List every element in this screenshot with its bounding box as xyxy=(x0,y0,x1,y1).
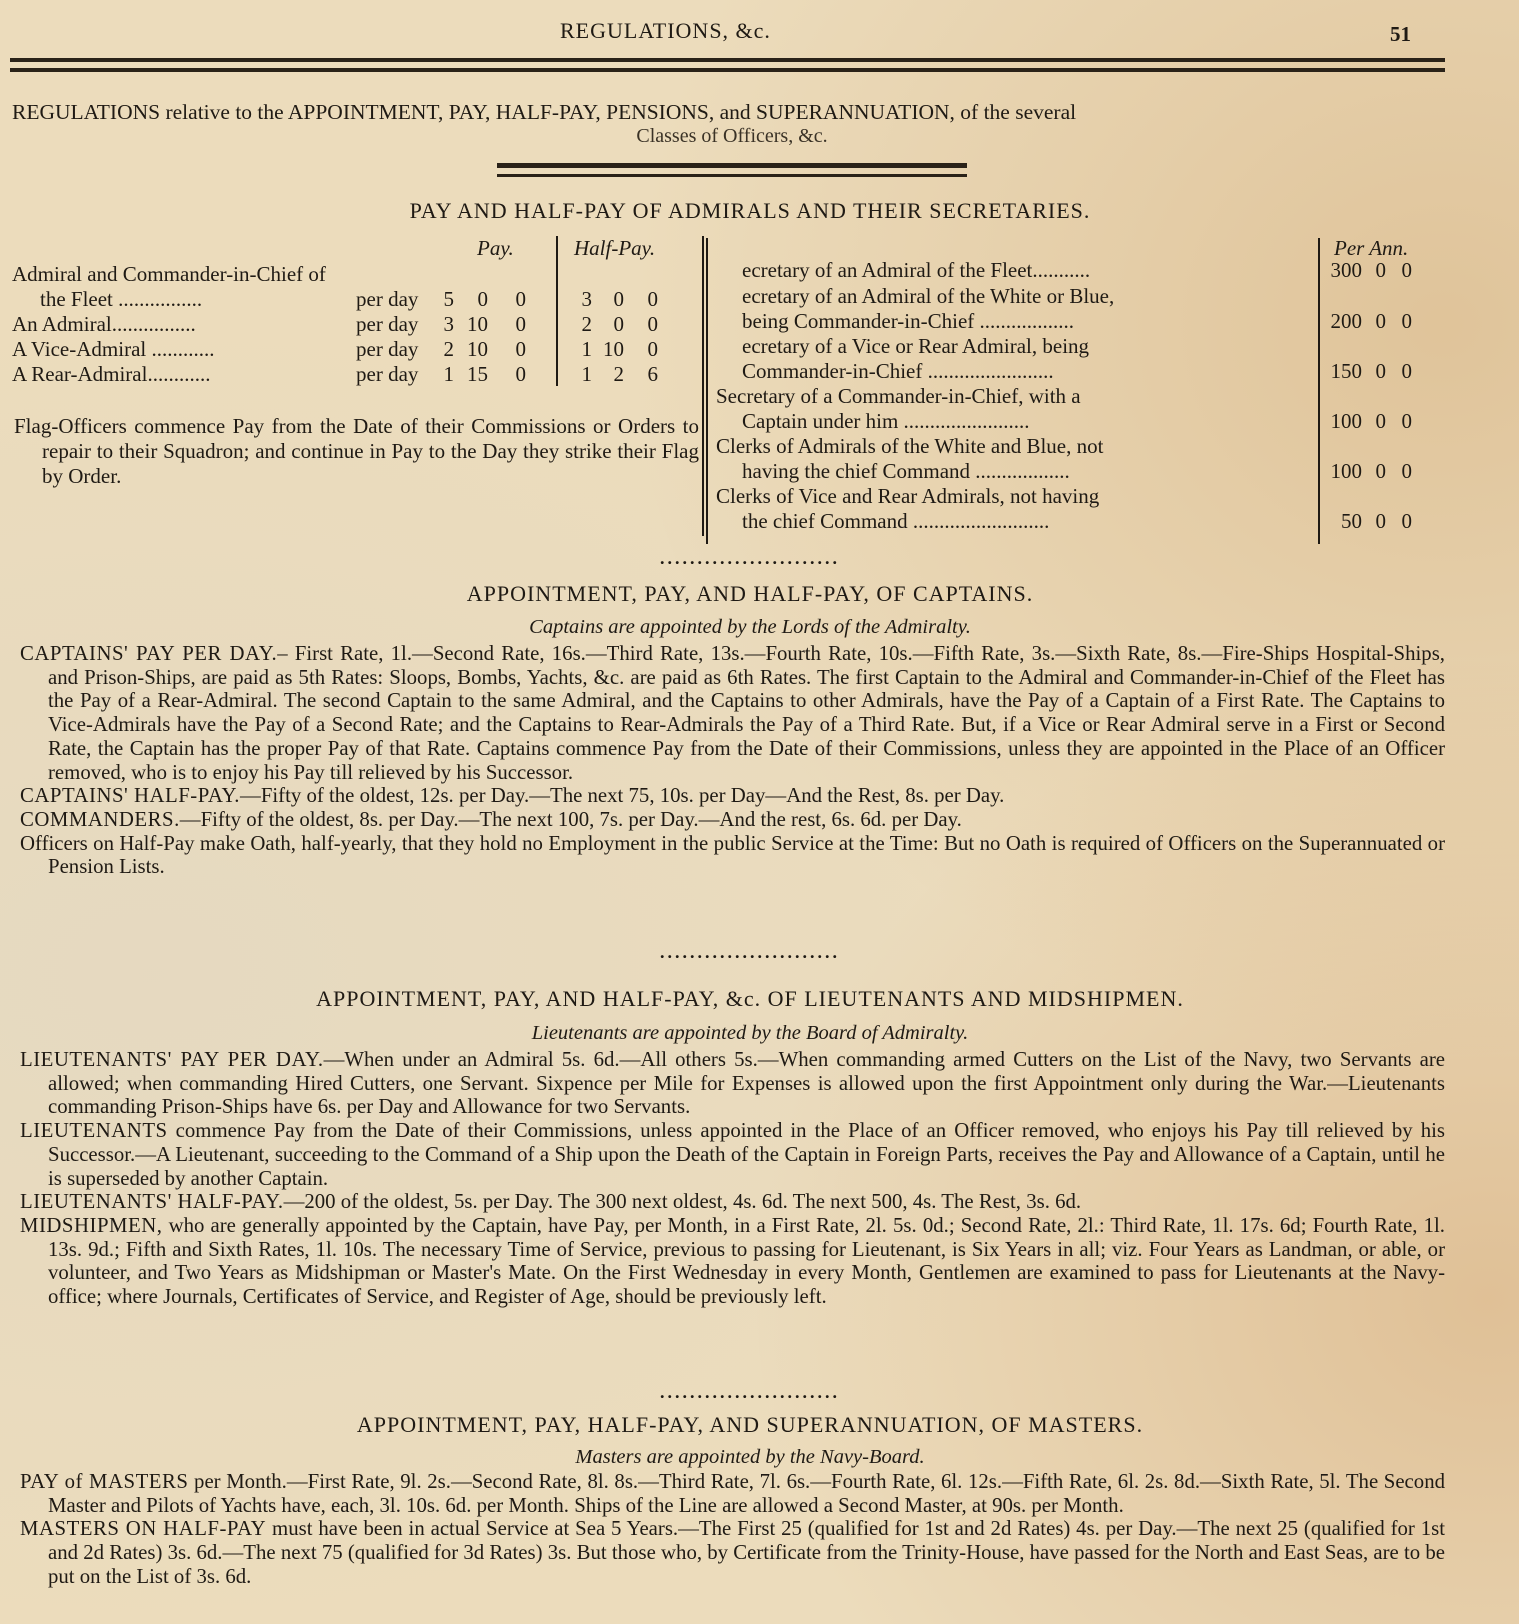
amount-shillings: 0 xyxy=(1370,258,1386,283)
header-rule xyxy=(10,68,1445,72)
title-line-2: Classes of Officers, &c. xyxy=(12,124,1452,148)
pay-shillings: 10 xyxy=(462,337,488,363)
rank-label: the Fleet ................ xyxy=(40,287,202,313)
amount-pence: 0 xyxy=(1396,309,1412,334)
row-label: ecretary of an Admiral of the White or B… xyxy=(742,284,1114,309)
half-pay-shillings: 2 xyxy=(598,362,624,388)
half-pay-pounds: 3 xyxy=(572,287,592,313)
unit-label: per day xyxy=(356,362,418,388)
unit-label: per day xyxy=(356,337,418,363)
paragraph-text: —Fifty of the oldest, 12s. per Day.—The … xyxy=(240,784,1004,807)
row-label: having the chief Command ...............… xyxy=(742,459,1070,484)
row-label: the chief Command ......................… xyxy=(742,509,1049,534)
section-heading-captains: APPOINTMENT, PAY, AND HALF-PAY, OF CAPTA… xyxy=(10,581,1490,607)
section-separator: ........................ xyxy=(10,1382,1490,1403)
paragraph: MASTERS ON HALF-PAY must have been in ac… xyxy=(20,1517,1445,1588)
amount-shillings: 0 xyxy=(1370,359,1386,384)
paragraph-lead: CAPTAINS' PAY PER DAY. xyxy=(20,642,277,665)
paragraph: CAPTAINS' PAY PER DAY.– First Rate, 1l.—… xyxy=(20,642,1445,784)
column-rule xyxy=(1318,238,1320,544)
paragraph-text: Officers on Half-Pay make Oath, half-yea… xyxy=(20,832,1445,879)
paragraph-lead: LIEUTENANTS' HALF-PAY. xyxy=(20,1190,284,1213)
paragraph-lead: CAPTAINS' HALF-PAY. xyxy=(20,784,240,807)
paragraph-text: commence Pay from the Date of their Comm… xyxy=(48,1119,1445,1189)
half-pay-shillings: 0 xyxy=(598,312,624,338)
title-line-1: REGULATIONS relative to the APPOINTMENT,… xyxy=(12,100,1076,124)
row-label: Clerks of Admirals of the White and Blue… xyxy=(716,434,1103,459)
row-label: ecretary of an Admiral of the Fleet.....… xyxy=(742,258,1090,283)
amount-shillings: 0 xyxy=(1370,409,1386,434)
section-heading-admirals: PAY AND HALF-PAY OF ADMIRALS AND THEIR S… xyxy=(10,198,1490,224)
row-label: Captain under him ......................… xyxy=(742,409,1030,434)
paragraph: COMMANDERS.—Fifty of the oldest, 8s. per… xyxy=(20,808,1445,832)
pay-shillings: 10 xyxy=(462,312,488,338)
section-separator: ........................ xyxy=(10,548,1490,569)
section-subheading-captains: Captains are appointed by the Lords of t… xyxy=(10,616,1490,639)
amount-shillings: 0 xyxy=(1370,459,1386,484)
paragraph-lead: MIDSHIPMEN, xyxy=(20,1214,162,1237)
column-rule xyxy=(706,238,708,544)
amount-pence: 0 xyxy=(1396,509,1412,534)
amount-pence: 0 xyxy=(1396,459,1412,484)
amount-pounds: 50 xyxy=(1322,509,1362,534)
paragraph: LIEUTENANTS commence Pay from the Date o… xyxy=(20,1119,1445,1190)
paragraph-lead: COMMANDERS. xyxy=(20,808,180,831)
paragraph: CAPTAINS' HALF-PAY.—Fifty of the oldest,… xyxy=(20,784,1445,808)
captains-text: CAPTAINS' PAY PER DAY.– First Rate, 1l.—… xyxy=(20,642,1445,879)
row-label: Secretary of a Commander-in-Chief, with … xyxy=(716,384,1081,409)
paragraph: Officers on Half-Pay make Oath, half-yea… xyxy=(20,832,1445,879)
running-title: REGULATIONS, &c. xyxy=(560,18,771,44)
lieutenants-text: LIEUTENANTS' PAY PER DAY.—When under an … xyxy=(20,1048,1445,1309)
amount-pounds: 100 xyxy=(1322,459,1362,484)
amount-shillings: 0 xyxy=(1370,309,1386,334)
rank-label: A Rear-Admiral............ xyxy=(12,362,210,388)
section-subheading-lieutenants: Lieutenants are appointed by the Board o… xyxy=(10,1022,1490,1045)
half-pay-pounds: 1 xyxy=(572,362,592,388)
rank-label: A Vice-Admiral ............ xyxy=(12,337,214,363)
document-title: REGULATIONS relative to the APPOINTMENT,… xyxy=(12,100,1452,148)
section-separator: ........................ xyxy=(10,942,1490,963)
pay-pounds: 5 xyxy=(440,287,454,313)
header-rule xyxy=(10,58,1445,62)
amount-pounds: 200 xyxy=(1322,309,1362,334)
amount-pounds: 300 xyxy=(1322,258,1362,283)
paragraph-lead: LIEUTENANTS' PAY PER DAY. xyxy=(20,1048,324,1071)
paragraph-text: per Month.—First Rate, 9l. 2s.—Second Ra… xyxy=(48,1470,1445,1517)
pay-pounds: 1 xyxy=(440,362,454,388)
amount-pounds: 150 xyxy=(1322,359,1362,384)
unit-label: per day xyxy=(356,312,418,338)
paragraph-text: who are generally appointed by the Capta… xyxy=(48,1214,1445,1308)
paragraph-text: —Fifty of the oldest, 8s. per Day.—The n… xyxy=(180,808,962,831)
pay-shillings: 15 xyxy=(462,362,488,388)
section-subheading-masters: Masters are appointed by the Navy-Board. xyxy=(10,1446,1490,1469)
half-pay-pounds: 1 xyxy=(572,337,592,363)
amount-shillings: 0 xyxy=(1370,509,1386,534)
amount-pence: 0 xyxy=(1396,359,1412,384)
pay-pounds: 3 xyxy=(440,312,454,338)
paragraph-lead: LIEUTENANTS xyxy=(20,1119,168,1142)
title-rule xyxy=(497,163,967,168)
row-label: Commander-in-Chief .....................… xyxy=(742,359,1054,384)
half-pay-column-header: Half-Pay. xyxy=(574,236,655,262)
section-heading-masters: APPOINTMENT, PAY, HALF-PAY, AND SUPERANN… xyxy=(10,1412,1490,1438)
amount-pence: 0 xyxy=(1396,258,1412,283)
half-pay-pence: 0 xyxy=(632,287,658,313)
paragraph: MIDSHIPMEN, who are generally appointed … xyxy=(20,1214,1445,1309)
pay-pence: 0 xyxy=(500,362,526,388)
flag-officers-note: Flag-Officers commence Pay from the Date… xyxy=(14,414,699,489)
section-heading-lieutenants: APPOINTMENT, PAY, AND HALF-PAY, &c. OF L… xyxy=(10,986,1490,1012)
pay-shillings: 0 xyxy=(462,287,488,313)
amount-pounds: 100 xyxy=(1322,409,1362,434)
paragraph: PAY of MASTERS per Month.—First Rate, 9l… xyxy=(20,1470,1445,1517)
row-label: ecretary of a Vice or Rear Admiral, bein… xyxy=(742,334,1089,359)
rank-label: Admiral and Commander-in-Chief of xyxy=(12,262,326,288)
rank-label: An Admiral................ xyxy=(12,312,196,338)
half-pay-shillings: 0 xyxy=(598,287,624,313)
half-pay-shillings: 10 xyxy=(598,337,624,363)
pay-column-header: Pay. xyxy=(477,236,514,262)
row-label: being Commander-in-Chief ...............… xyxy=(742,309,1074,334)
paragraph-lead: PAY of MASTERS xyxy=(20,1470,188,1493)
masters-text: PAY of MASTERS per Month.—First Rate, 9l… xyxy=(20,1470,1445,1589)
paragraph-lead: MASTERS ON HALF-PAY xyxy=(20,1517,266,1540)
unit-label: per day xyxy=(356,287,418,313)
column-rule xyxy=(702,236,704,536)
half-pay-pence: 0 xyxy=(632,337,658,363)
paragraph: LIEUTENANTS' PAY PER DAY.—When under an … xyxy=(20,1048,1445,1119)
pay-pounds: 2 xyxy=(440,337,454,363)
note-text: Flag-Officers commence Pay from the Date… xyxy=(14,414,699,489)
pay-pence: 0 xyxy=(500,312,526,338)
row-label: Clerks of Vice and Rear Admirals, not ha… xyxy=(716,484,1099,509)
half-pay-pence: 0 xyxy=(632,312,658,338)
paragraph-text: —200 of the oldest, 5s. per Day. The 300… xyxy=(284,1190,1082,1213)
title-rule xyxy=(497,174,967,177)
pay-pence: 0 xyxy=(500,287,526,313)
half-pay-pounds: 2 xyxy=(572,312,592,338)
page-number: 51 xyxy=(1390,22,1411,47)
column-rule xyxy=(556,236,558,386)
pay-pence: 0 xyxy=(500,337,526,363)
amount-pence: 0 xyxy=(1396,409,1412,434)
paragraph: LIEUTENANTS' HALF-PAY.—200 of the oldest… xyxy=(20,1190,1445,1214)
half-pay-pence: 6 xyxy=(632,362,658,388)
